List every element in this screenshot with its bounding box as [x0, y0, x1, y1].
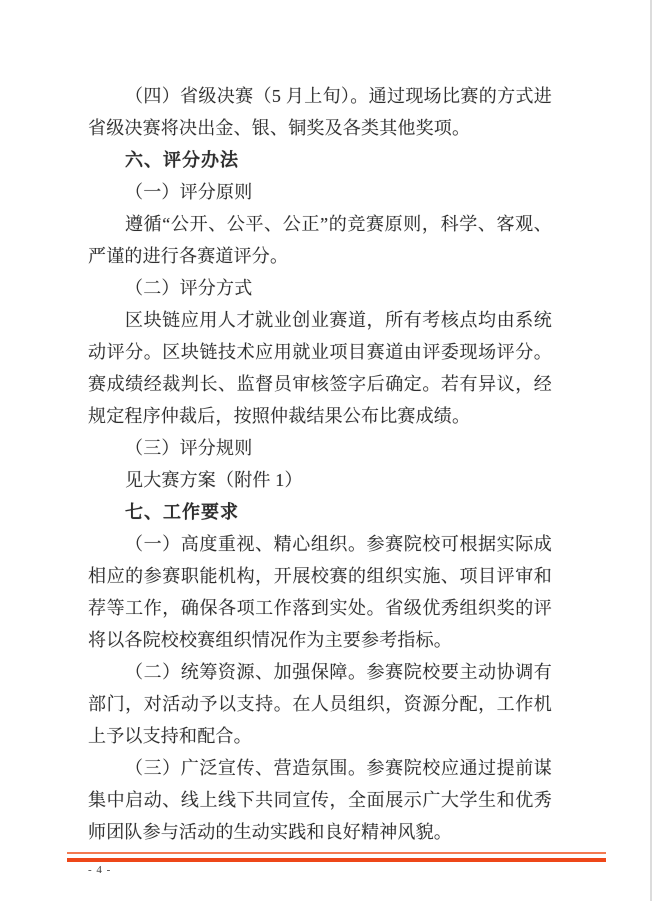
text-line: 遵循“公开、公平、公正”的竞赛原则，科学、客观、	[88, 208, 552, 240]
text-line: 荐等工作，确保各项工作落到实处。省级优秀组织奖的评选	[88, 592, 552, 624]
page-right-edge	[650, 0, 652, 901]
text-line: （三）评分规则	[88, 432, 552, 464]
text-line: （四）省级决赛（5 月上旬）。通过现场比赛的方式进行	[88, 80, 552, 112]
document-body: （四）省级决赛（5 月上旬）。通过现场比赛的方式进行省级决赛将决出金、银、铜奖及…	[88, 80, 552, 848]
text-line: （一）评分原则	[88, 176, 552, 208]
text-line: 见大赛方案（附件 1）	[88, 464, 552, 496]
text-line: 动评分。区块链技术应用就业项目赛道由评委现场评分。竞	[88, 336, 552, 368]
text-line: 相应的参赛职能机构，开展校赛的组织实施、项目评审和推	[88, 560, 552, 592]
text-line: 赛成绩经裁判长、监督员审核签字后确定。若有异议，经过	[88, 368, 552, 400]
text-line: （一）高度重视、精心组织。参赛院校可根据实际成立	[88, 528, 552, 560]
section-heading: 七、工作要求	[88, 496, 552, 528]
text-line: 省级决赛将决出金、银、铜奖及各类其他奖项。	[88, 112, 552, 144]
text-line: （三）广泛宣传、营造氛围。参赛院校应通过提前谋划、	[88, 752, 552, 784]
text-line: 部门，对活动予以支持。在人员组织，资源分配，工作机制	[88, 688, 552, 720]
text-line: 上予以支持和配合。	[88, 720, 552, 752]
section-heading: 六、评分办法	[88, 144, 552, 176]
page-number: - 4 -	[88, 864, 111, 876]
text-line: 区块链应用人才就业创业赛道，所有考核点均由系统自	[88, 304, 552, 336]
text-line: 师团队参与活动的生动实践和良好精神风貌。	[88, 816, 552, 848]
text-line: 严谨的进行各赛道评分。	[88, 240, 552, 272]
text-line: （二）评分方式	[88, 272, 552, 304]
text-line: 将以各院校校赛组织情况作为主要参考指标。	[88, 624, 552, 656]
footer-rule-thick	[67, 858, 606, 862]
text-line: 集中启动、线上线下共同宣传，全面展示广大学生和优秀教	[88, 784, 552, 816]
text-line: （二）统筹资源、加强保障。参赛院校要主动协调有关	[88, 656, 552, 688]
footer-rule-thin	[67, 852, 606, 854]
document-page: （四）省级决赛（5 月上旬）。通过现场比赛的方式进行省级决赛将决出金、银、铜奖及…	[0, 0, 654, 901]
text-line: 规定程序仲裁后，按照仲裁结果公布比赛成绩。	[88, 400, 552, 432]
